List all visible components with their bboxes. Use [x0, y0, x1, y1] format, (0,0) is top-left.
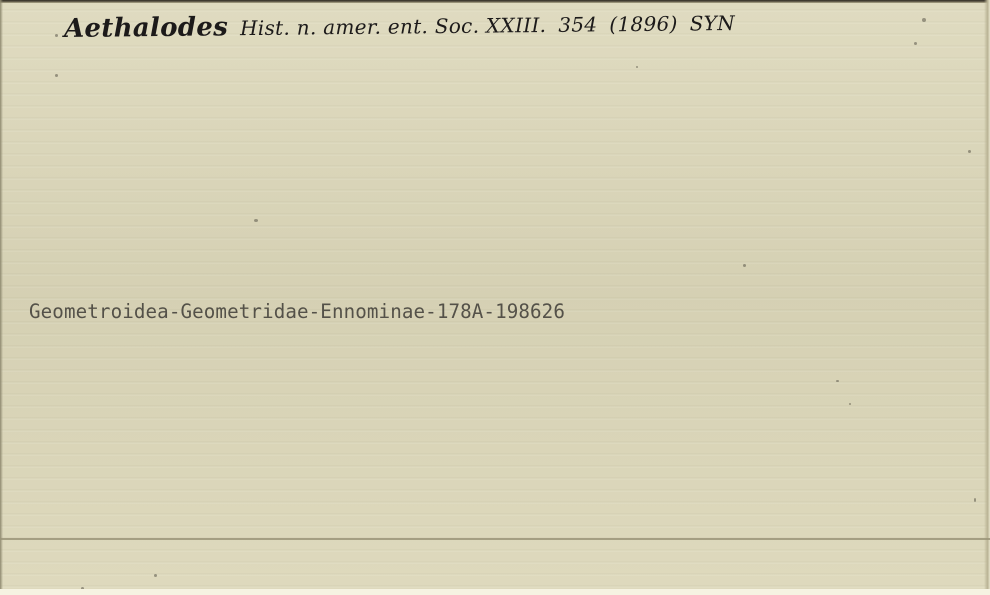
- paper-speck: [968, 150, 971, 153]
- card-top-edge: [0, 0, 990, 3]
- handwritten-entry: AethalodesHist. n. amer. ent. Soc. XXIII…: [64, 7, 747, 44]
- paper-speck: [836, 380, 839, 382]
- synonym-status: SYN: [690, 11, 736, 35]
- card-right-edge: [984, 0, 990, 591]
- card-rule-line: [0, 538, 990, 540]
- paper-speck: [55, 74, 58, 77]
- card-left-edge: [0, 0, 3, 591]
- paper-speck: [154, 574, 157, 577]
- index-card: AethalodesHist. n. amer. ent. Soc. XXIII…: [0, 0, 990, 591]
- publication-year: (1896): [609, 12, 678, 37]
- paper-speck: [914, 42, 917, 45]
- paper-speck: [636, 66, 638, 68]
- paper-speck: [743, 264, 746, 267]
- paper-speck: [974, 498, 976, 502]
- paper-speck: [254, 219, 258, 222]
- publication-reference: Hist. n. amer. ent. Soc. XXIII.: [240, 13, 546, 40]
- page-number: 354: [558, 12, 597, 36]
- paper-speck: [55, 34, 58, 37]
- genus-name: Aethalodes: [64, 12, 228, 44]
- card-bottom-edge: [0, 589, 990, 595]
- paper-speck: [922, 18, 926, 22]
- typed-classification: Geometroidea-Geometridae-Ennominae-178A-…: [29, 300, 565, 323]
- paper-speck: [849, 403, 851, 405]
